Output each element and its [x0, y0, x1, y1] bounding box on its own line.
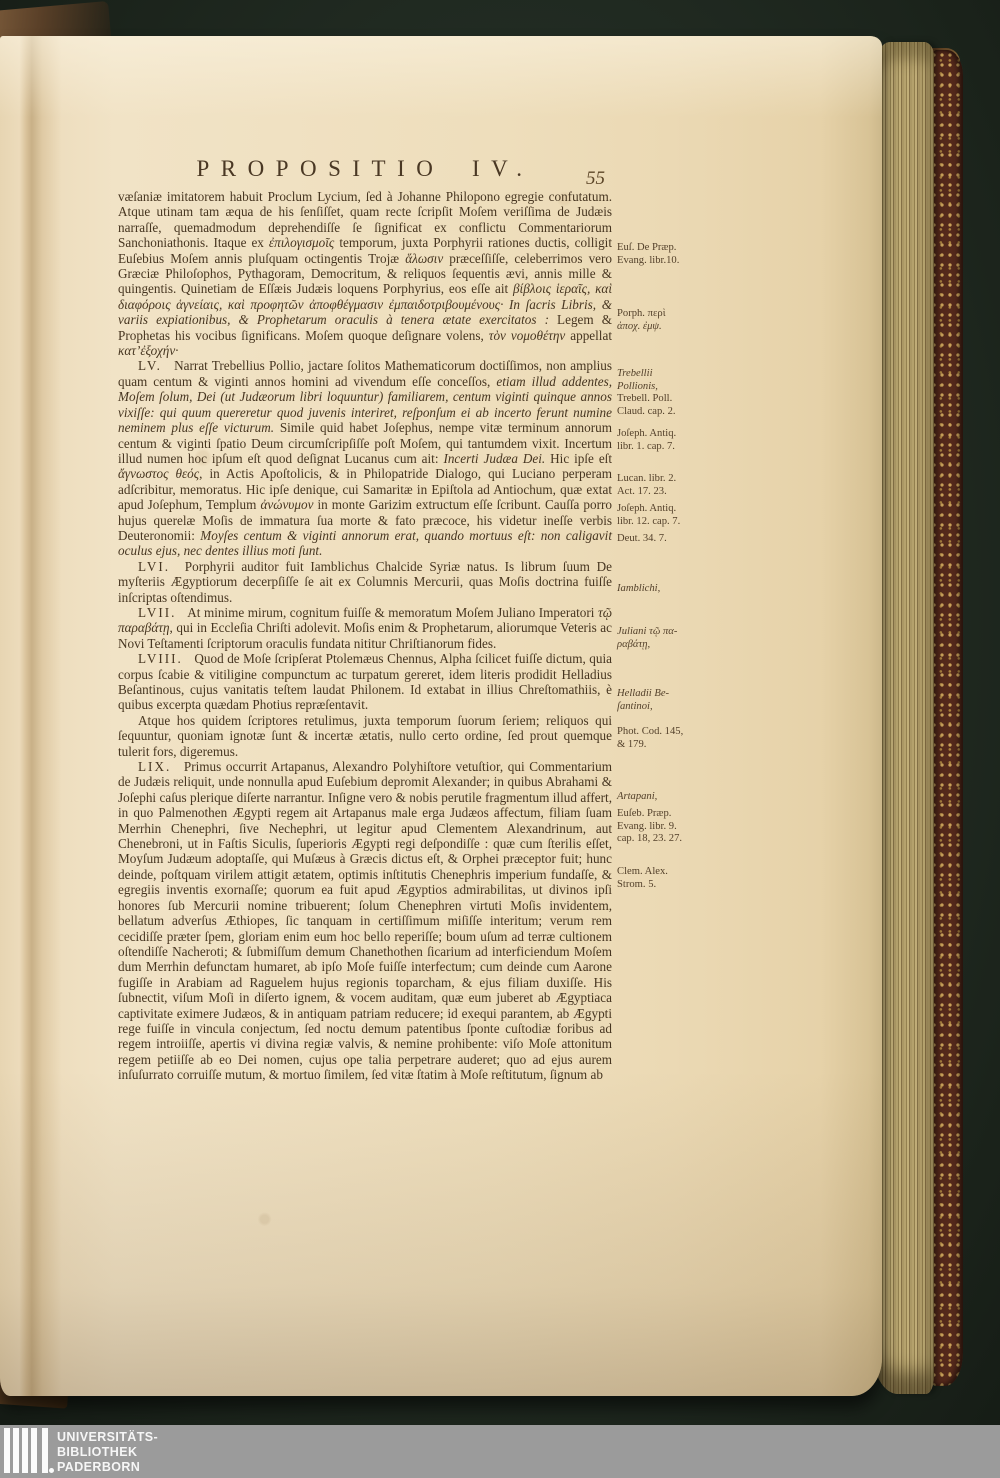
margin-note-line: Strom. 5.	[617, 879, 721, 892]
margin-note-line: ſantinoi,	[617, 701, 721, 714]
margin-note-line: Juliani τῷ πα-	[617, 626, 721, 639]
margin-note-line: Porph. περὶ	[617, 308, 721, 321]
margin-note-line: Deut. 34. 7.	[617, 533, 721, 546]
logo-bar	[22, 1428, 28, 1473]
logo-dot	[49, 1468, 54, 1473]
text-segment: Hic ipſe eſt	[545, 451, 612, 466]
library-name-line3: PADERBORN	[57, 1460, 158, 1475]
margin-note: Helladii Be-ſantinoi,	[617, 688, 721, 713]
paragraph: LVI. Porphyrii auditor fuit Iamblichus C…	[118, 559, 612, 605]
margin-note-line: Euſ. De Præp.	[617, 242, 721, 255]
margin-note-line: Evang. libr. 9.	[617, 821, 721, 834]
margin-note: Joſeph. Antiq.libr. 1. cap. 7.	[617, 428, 721, 453]
margin-note-line: & 179.	[617, 739, 721, 752]
logo-bar	[42, 1428, 48, 1473]
margin-note: Deut. 34. 7.	[617, 533, 721, 546]
margin-note-line: libr. 1. cap. 7.	[617, 441, 721, 454]
margin-note: Porph. περὶἀποχ. ἐμψ.	[617, 308, 721, 333]
paragraph: Atque hos quidem ſcriptores retulimus, j…	[118, 713, 612, 759]
section-number: LVII.	[138, 605, 176, 620]
margin-note: Clem. Alex.Strom. 5.	[617, 866, 721, 891]
paragraph: LV. Narrat Trebellius Pollio, jactare ſo…	[118, 358, 612, 558]
margin-notes: Euſ. De Præp.Evang. libr.10.Porph. περὶἀ…	[617, 0, 721, 1478]
text-segment: Porphyrii auditor fuit Iamblichus Chalci…	[118, 559, 612, 605]
library-name-line2: BIBLIOTHEK	[57, 1445, 158, 1460]
margin-note-line: Iamblichi,	[617, 583, 721, 596]
page-number: 55	[586, 168, 605, 190]
text-segment: At minime mirum, cognitum fuiſſe & memor…	[184, 605, 598, 620]
margin-note-line: Act. 17. 23.	[617, 486, 721, 499]
greek-phrase: ἐπιλογισμοῖς	[269, 235, 334, 250]
margin-note-line: Phot. Cod. 145,	[617, 726, 721, 739]
margin-note: Joſeph. Antiq.libr. 12. cap. 7.	[617, 503, 721, 528]
margin-note: Artapani,	[617, 791, 721, 804]
logo-bar	[4, 1428, 10, 1473]
margin-note-line: Artapani,	[617, 791, 721, 804]
paragraph: LVII. At minime mirum, cognitum fuiſſe &…	[118, 605, 612, 651]
margin-note-line: libr. 12. cap. 7.	[617, 516, 721, 529]
margin-note-line: Joſeph. Antiq.	[617, 503, 721, 516]
margin-note: Lucan. libr. 2.Act. 17. 23.	[617, 473, 721, 498]
margin-note-line: Pollionis,	[617, 381, 721, 394]
text-segment: appellat	[565, 328, 612, 343]
margin-note: Juliani τῷ πα-ραβάτῃ,	[617, 626, 721, 651]
margin-note: Euſeb. Præp.Evang. libr. 9.cap. 18, 23. …	[617, 808, 721, 846]
margin-note-line: Trebell. Poll.	[617, 393, 721, 406]
text-segment: Atque hos quidem ſcriptores retulimus, j…	[118, 713, 612, 759]
margin-note-line: Joſeph. Antiq.	[617, 428, 721, 441]
library-banner: UNIVERSITÄTS- BIBLIOTHEK PADERBORN	[0, 1425, 1000, 1478]
margin-note-line: Trebellii	[617, 368, 721, 381]
greek-phrase: ἅλωσιν	[405, 251, 443, 266]
section-number: LVI.	[138, 559, 170, 574]
library-logo-icon	[4, 1428, 56, 1475]
paragraph: væſaniæ imitatorem habuit Proclum Lycium…	[118, 189, 612, 358]
paragraph: LVIII. Quod de Moſe ſcripſerat Ptolemæus…	[118, 651, 612, 713]
logo-bar	[31, 1428, 37, 1473]
body-text: væſaniæ imitatorem habuit Proclum Lycium…	[118, 189, 612, 1083]
section-number: LVIII.	[138, 651, 183, 666]
book-scan: PROPOSITIO IV. 55 væſaniæ imitatorem hab…	[0, 0, 1000, 1478]
running-head: PROPOSITIO IV.	[118, 156, 612, 182]
section-number: LIX.	[138, 759, 171, 774]
margin-note: TrebelliiPollionis,Trebell. Poll.Claud. …	[617, 368, 721, 418]
section-number: LV.	[138, 358, 162, 373]
logo-bar	[13, 1428, 19, 1473]
margin-note-line: Evang. libr.10.	[617, 255, 721, 268]
greek-phrase: ἀνώνυμον	[260, 497, 313, 512]
text-segment: Quod de Moſe ſcripſerat Ptolemæus Chennu…	[118, 651, 612, 712]
greek-phrase: ἄγνωστος θεός	[118, 466, 199, 481]
greek-phrase: κατ’ἐξοχήν·	[118, 343, 178, 358]
margin-note-line: Claud. cap. 2.	[617, 406, 721, 419]
margin-note: Phot. Cod. 145,& 179.	[617, 726, 721, 751]
margin-note-line: Clem. Alex.	[617, 866, 721, 879]
margin-note-line: Helladii Be-	[617, 688, 721, 701]
text-segment: , qui in Eccleſia Chriſti adolevit. Moſi…	[118, 620, 612, 650]
greek-phrase: τὸν νομοθέτην	[489, 328, 566, 343]
margin-note-line: ἀποχ. ἐμψ.	[617, 321, 721, 334]
library-name-line1: UNIVERSITÄTS-	[57, 1430, 158, 1445]
paragraph: LIX. Primus occurrit Artapanus, Alexandr…	[118, 759, 612, 1083]
margin-note-line: cap. 18, 23. 27.	[617, 833, 721, 846]
book-cover-edge	[930, 50, 963, 1386]
margin-note-line: Lucan. libr. 2.	[617, 473, 721, 486]
text-segment: Incerti Judæa Dei.	[443, 451, 545, 466]
margin-note: Iamblichi,	[617, 583, 721, 596]
margin-note-line: ραβάτῃ,	[617, 639, 721, 652]
margin-note-line: Euſeb. Præp.	[617, 808, 721, 821]
margin-note: Euſ. De Præp.Evang. libr.10.	[617, 242, 721, 267]
library-name: UNIVERSITÄTS- BIBLIOTHEK PADERBORN	[57, 1430, 158, 1475]
text-segment: Primus occurrit Artapanus, Alexandro Pol…	[118, 759, 612, 1082]
